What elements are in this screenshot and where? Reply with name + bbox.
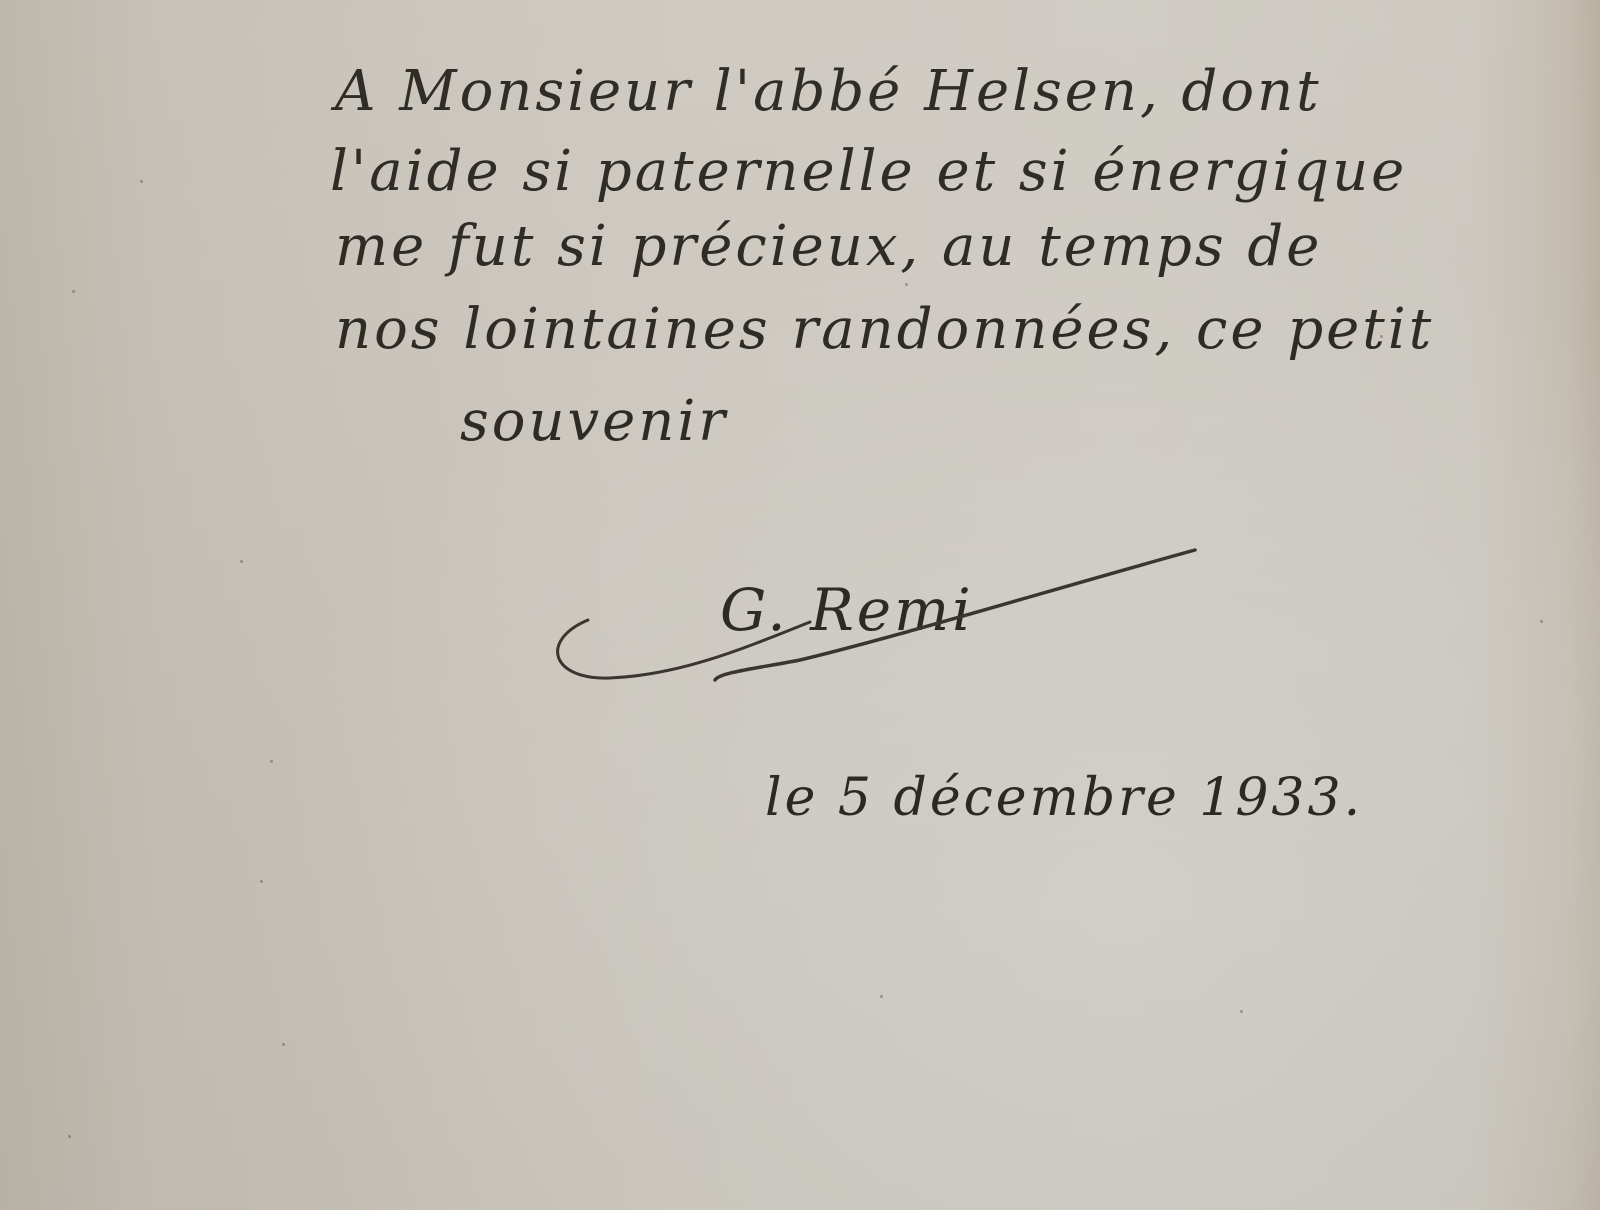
signature: G. Remi xyxy=(558,550,1195,680)
dedication-line-4: nos lointaines randonnées, ce petit xyxy=(335,297,1434,362)
dedication-line-1: A Monsieur l'abbé Helsen, dont xyxy=(330,59,1322,124)
dedication-line-5: souvenir xyxy=(460,389,728,454)
paper-page: A Monsieur l'abbé Helsen, dont l'aide si… xyxy=(0,0,1600,1210)
dedication-line-2: l'aide si paternelle et si énergique xyxy=(330,139,1407,204)
dedication-line-3: me fut si précieux, au temps de xyxy=(335,214,1322,279)
date-text: le 5 décembre 1933. xyxy=(765,768,1363,828)
handwriting-layer: A Monsieur l'abbé Helsen, dont l'aide si… xyxy=(0,0,1600,1210)
signature-text: G. Remi xyxy=(720,576,974,644)
